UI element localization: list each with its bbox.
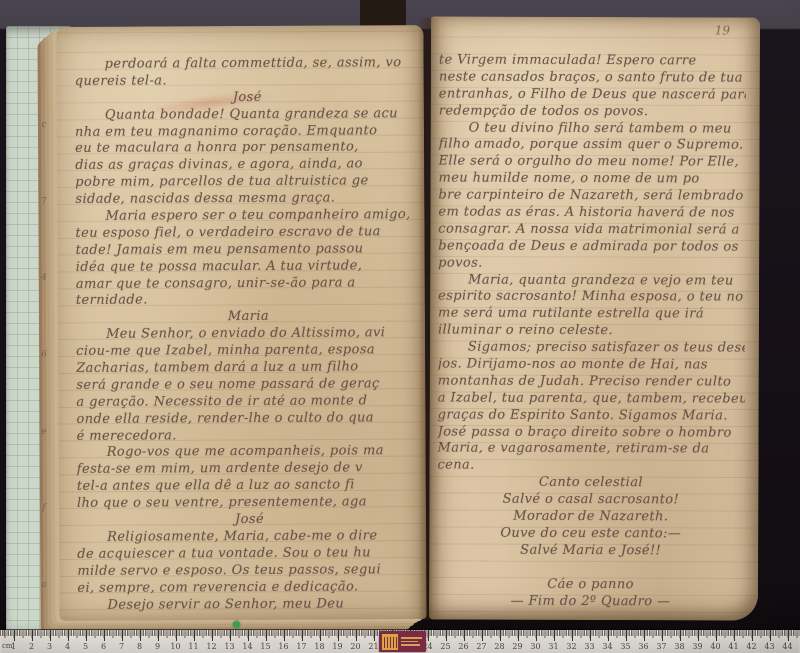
ruler-cm-number: 38 [674, 642, 684, 651]
ruler-cm-number: 25 [440, 642, 450, 651]
ruler-cm-tick [482, 630, 483, 641]
edge-mark: e [41, 427, 46, 437]
manuscript-line: lho que o seu ventre, presentemente, aga [77, 494, 422, 513]
manuscript-line: em todas as éras. A historia haverá de n… [438, 204, 745, 222]
page-edge-pencil-marks: c746efa [32, 120, 56, 590]
manuscript-line: montanhas de Judah. Preciso render culto [438, 373, 745, 391]
ruler-cm-number: 33 [584, 642, 594, 651]
ruler-cm-number: 12 [206, 642, 216, 651]
ruler-cm-number: 44 [782, 642, 792, 651]
ruler-cm-tick [14, 630, 15, 641]
ruler-cm-tick [698, 630, 699, 641]
manuscript-line: consagrar. A nossa vida matrimonial será… [438, 221, 745, 239]
ruler-cm-number: 14 [242, 642, 252, 651]
ruler-cm-number: 26 [458, 642, 468, 651]
ruler-cm-tick [266, 630, 267, 641]
gutter-shadow [418, 18, 440, 620]
ruler-cm-number: 41 [728, 642, 738, 651]
manuscript-line: bençoada de Deus e admirada por todos os [438, 238, 745, 256]
manuscript-line: dias as graças divinas, e agora, ainda, … [75, 156, 420, 175]
manuscript-line: ternidade. [76, 292, 421, 311]
ruler-cm-number: 39 [692, 642, 702, 651]
manuscript-line: Elle será o orgulho do meu nome! Por Ell… [439, 154, 746, 172]
ruler-cm-number: 28 [494, 642, 504, 651]
edge-mark: 7 [41, 197, 47, 207]
edge-mark: c [41, 120, 46, 130]
ruler-cm-tick [194, 630, 195, 641]
manuscript-line: illuminar o reino celeste. [438, 323, 745, 341]
ruler-cm-tick [356, 630, 357, 641]
right-page-text: te Virgem immaculada! Espero carreneste … [429, 16, 760, 611]
ruler-cm-tick [518, 630, 519, 641]
ruler-cm-number: 35 [620, 642, 630, 651]
edge-mark: a [41, 580, 46, 590]
manuscript-line: me será uma rutilante estrella que irá [438, 306, 745, 324]
manuscript-line: Maria, e vagarosamente, retiram-se da [438, 441, 745, 459]
manuscript-line: espirito sacrosanto! Minha esposa, o teu… [438, 289, 745, 307]
manuscript-line: Morador de Nazareth. [437, 508, 744, 526]
ruler-cm-tick [302, 630, 303, 641]
stamp-text-lines [401, 637, 422, 646]
manuscript-line: meu humilde nome, o nome de um po [438, 171, 745, 189]
manuscript-line: ei, sempre, com reverencia e dedicação. [77, 579, 422, 598]
ruler-cm-tick [428, 630, 429, 641]
ruler-cm-tick [608, 630, 609, 641]
ruler-cm-tick [104, 630, 105, 641]
ruler-cm-tick [644, 630, 645, 641]
ruler-cm-number: 29 [512, 642, 522, 651]
ruler-cm-tick [320, 630, 321, 641]
manuscript-line: sidade, nascidas dessa mesma graça. [75, 190, 420, 209]
ruler-cm-number: 40 [710, 642, 720, 651]
ruler-cm-tick [32, 630, 33, 641]
ruler-cm-tick [464, 630, 465, 641]
manuscript-line: Maria [76, 308, 421, 327]
manuscript-line: Maria espero ser o teu companheiro amigo… [75, 207, 420, 226]
ruler-cm-tick [536, 630, 537, 641]
ruler-cm-tick [446, 630, 447, 641]
ruler-cm-number: 37 [656, 642, 666, 651]
edge-mark: 4 [41, 273, 47, 283]
page-number: 19 [715, 23, 730, 37]
ruler-cm-number: 7 [119, 642, 124, 651]
ruler-cm-tick [212, 630, 213, 641]
manuscript-line: Zacharias, tambem dará a luz a um filho [76, 359, 421, 378]
ruler-cm-tick [284, 630, 285, 641]
manuscript-line: — Fim do 2º Quadro — [437, 593, 744, 611]
library-stamp [379, 631, 426, 652]
ruler-cm-number: 9 [155, 642, 160, 651]
ruler-cm-tick [554, 630, 555, 641]
ruler-cm-number: 6 [101, 642, 106, 651]
left-manuscript-page: perdoará a falta commettida, se, assim, … [56, 25, 426, 621]
ruler-cm-tick [50, 630, 51, 641]
manuscript-line: Salvé Maria e José!! [437, 542, 744, 560]
manuscript-line: tade! Jamais em meu pensamento passou [76, 241, 421, 260]
right-manuscript-page: 19 te Virgem immaculada! Espero carrenes… [429, 16, 760, 620]
manuscript-line: Religiosamente, Maria, cabe-me o dire [77, 528, 422, 547]
ruler-cm-tick [680, 630, 681, 641]
manuscript-line: entranhas, o Filho de Deus que nascerá p… [439, 86, 746, 104]
manuscript-line: povos. [438, 255, 745, 273]
manuscript-line: Canto celestial [437, 475, 744, 493]
ruler-cm-tick [176, 630, 177, 641]
ruler-cm-number: 4 [65, 642, 70, 651]
ruler-cm-number: 16 [278, 642, 288, 651]
manuscript-photo: perdoará a falta commettida, se, assim, … [0, 0, 800, 653]
ruler-cm-number: 19 [332, 642, 342, 651]
ruler-cm-tick [230, 630, 231, 641]
edge-mark: 6 [41, 350, 47, 360]
manuscript-line: amar que te consagro, unir-se-ão para a [76, 275, 421, 294]
manuscript-line: será grande e o seu nome passará de gera… [76, 376, 421, 395]
manuscript-line: te Virgem immaculada! Espero carre [439, 52, 746, 70]
manuscript-line: José [77, 511, 422, 530]
ruler-cm-tick [752, 630, 753, 641]
manuscript-line: milde servo e esposo. Os teus passos, se… [77, 562, 422, 581]
manuscript-line: tel-a antes que ella dê a luz ao sancto … [77, 477, 422, 496]
manuscript-line: idéa que te possa macular. A tua virtude… [76, 258, 421, 277]
green-marker-dot [233, 621, 240, 628]
manuscript-line: onde ella reside, render-lhe o culto do … [76, 410, 421, 429]
ruler-cm-tick [626, 630, 627, 641]
manuscript-line: de acquiescer a tua vontade. Sou o teu h… [77, 545, 422, 564]
ruler-cm-tick [158, 630, 159, 641]
ruler-cm-number: 3 [47, 642, 52, 651]
manuscript-line: festa-se em mim, um ardente desejo de v [77, 460, 422, 479]
ruler-cm-number: 5 [83, 642, 88, 651]
manuscript-line [437, 559, 744, 577]
manuscript-line: Maria, quanta grandeza e vejo em teu [438, 272, 745, 290]
ruler-cm-number: 2 [29, 642, 34, 651]
ruler-cm-tick [500, 630, 501, 641]
manuscript-line: filho amado, porque assim quer o Supremo… [439, 137, 746, 155]
manuscript-line: José passa o braço direito sobre o hombr… [438, 424, 745, 442]
ruler-cm-number: 36 [638, 642, 648, 651]
edge-mark: f [42, 503, 45, 513]
manuscript-line: Meu Senhor, o enviado do Altissimo, avi [76, 325, 421, 344]
ruler-cm-tick [338, 630, 339, 641]
ruler-cm-number: 20 [350, 642, 360, 651]
manuscript-line: Sigamos; preciso satisfazer os teus dese [438, 340, 745, 358]
page-gap-shadow [360, 0, 406, 27]
ruler-cm-tick [248, 630, 249, 641]
ruler-cm-number: 13 [224, 642, 234, 651]
manuscript-line: a geração. Necessito de ir até ao monte … [76, 393, 421, 412]
building-icon [382, 634, 398, 650]
ruler-cm-number: 1 [11, 642, 16, 651]
ruler-cm-tick [788, 630, 789, 641]
manuscript-line: Ouve do ceu este canto:— [437, 525, 744, 543]
ruler-cm-tick [734, 630, 735, 641]
manuscript-line: Rogo-vos que me acompanheis, pois ma [77, 444, 422, 463]
ruler-cm-tick [140, 630, 141, 641]
manuscript-line: é merecedora. [77, 427, 422, 446]
manuscript-line: ciou-me que Izabel, minha parenta, espos… [76, 342, 421, 361]
ruler-cm-number: 8 [137, 642, 142, 651]
manuscript-line: jos. Dirijamo-nos ao monte de Hai, nas [438, 356, 745, 374]
manuscript-line: teu esposo fiel, o verdadeiro escravo de… [75, 224, 420, 243]
ruler-cm-tick [86, 630, 87, 641]
manuscript-line: graças do Espirito Santo. Sigamos Maria. [438, 407, 745, 425]
manuscript-line: O teu divino filho será tambem o meu [439, 120, 746, 138]
ruler-cm-number: 30 [530, 642, 540, 651]
measuring-ruler: cm 1234567891011121314151617181920212223… [0, 630, 800, 653]
left-page-text: perdoará a falta commettida, se, assim, … [56, 25, 426, 614]
manuscript-line: Desejo servir ao Senhor, meu Deu [77, 596, 422, 615]
ruler-cm-number: 10 [170, 642, 180, 651]
manuscript-line: pobre mim, parcellos de tua altruistica … [75, 173, 420, 192]
ruler-cm-number: 18 [314, 642, 324, 651]
ruler-cm-tick [662, 630, 663, 641]
ruler-cm-number: 32 [566, 642, 576, 651]
ruler-cm-number: 31 [548, 642, 558, 651]
ruler-cm-tick [572, 630, 573, 641]
ruler-cm-number: 17 [296, 642, 306, 651]
ruler-cm-tick [716, 630, 717, 641]
manuscript-line: a Izabel, tua parenta, que, tambem, rece… [438, 390, 745, 408]
manuscript-line: bre carpinteiro de Nazareth, será lembra… [438, 188, 745, 206]
ruler-cm-number: 21 [368, 642, 378, 651]
manuscript-line: perdoará a falta commettida, se, assim, … [75, 55, 420, 74]
ruler-cm-number: 11 [188, 642, 198, 651]
manuscript-line: Cáe o panno [437, 576, 744, 594]
ruler-cm-number: 43 [764, 642, 774, 651]
manuscript-line: eu te maculara a honra por pensamento, [75, 140, 420, 159]
manuscript-line: nha em teu magnanimo coração. Emquanto [75, 123, 420, 142]
ruler-cm-number: 34 [602, 642, 612, 651]
ruler-cm-tick [590, 630, 591, 641]
manuscript-line: cena. [437, 458, 744, 476]
ruler-cm-number: 42 [746, 642, 756, 651]
manuscript-line: Salvé o casal sacrosanto! [437, 492, 744, 510]
ruler-cm-tick [68, 630, 69, 641]
ruler-cm-number: 27 [476, 642, 486, 651]
ruler-cm-tick [122, 630, 123, 641]
ruler-cm-tick [770, 630, 771, 641]
ruler-cm-tick [374, 630, 375, 641]
manuscript-line: redempção de todos os povos. [439, 103, 746, 121]
manuscript-line: neste cansados braços, o santo fruto de … [439, 69, 746, 87]
ruler-cm-number: 15 [260, 642, 270, 651]
